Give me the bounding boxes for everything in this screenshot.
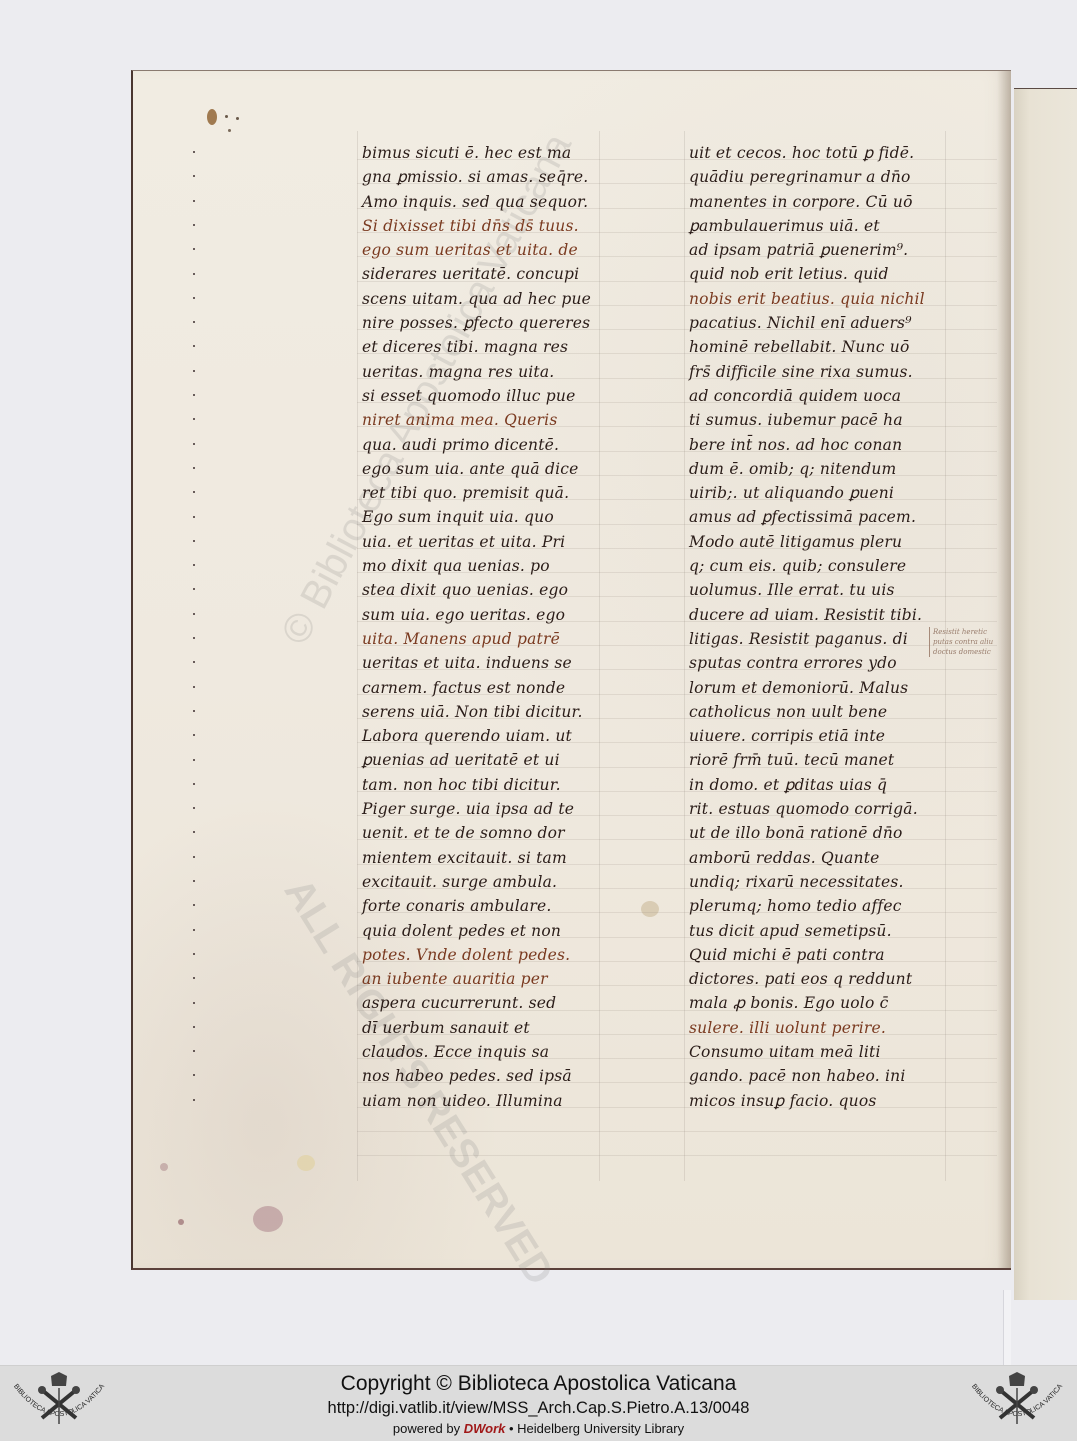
manuscript-line: bere int̄ nos. ad hoc conan — [689, 433, 959, 457]
facing-page-edge — [1014, 88, 1077, 1300]
manuscript-scan: © Biblioteca Apostolica Vaticana ALL RIG… — [0, 0, 1077, 1365]
pricking-mark — [193, 491, 195, 493]
manuscript-line: micos insuꝑ facio. quos — [689, 1089, 959, 1113]
vatican-library-seal-icon: BIBLIOTECA APOSTOLICA VATICANA — [962, 1370, 1072, 1438]
manuscript-line: dum ē. omib; q; nitendum — [689, 457, 959, 481]
text-column-left: bimus sicuti ē. hec est magna ꝑmissio. s… — [362, 141, 612, 1113]
pricking-mark — [193, 394, 195, 396]
manuscript-line: sulere. illi uolunt perire. — [689, 1016, 959, 1040]
ink-speck — [228, 129, 231, 132]
manuscript-line: Labora querendo uiam. ut — [362, 724, 612, 748]
purple-stain — [178, 1219, 184, 1225]
manuscript-line: scens uitam. qua ad hec pue — [362, 287, 612, 311]
manuscript-line: ut de illo bonā rationē dn̄o — [689, 821, 959, 845]
manuscript-line: hominē rebellabit. Nunc uō — [689, 335, 959, 359]
manuscript-line: ueritas et uita. induens se — [362, 651, 612, 675]
manuscript-line: uiam non uideo. Illumina — [362, 1089, 612, 1113]
manuscript-line: qua. audi primo dicentē. — [362, 433, 612, 457]
manuscript-line: sum uia. ego ueritas. ego — [362, 603, 612, 627]
pricking-mark — [193, 516, 195, 518]
pricking-mark — [193, 904, 195, 906]
pricking-mark — [193, 637, 195, 639]
permalink-url[interactable]: http://digi.vatlib.it/view/MSS_Arch.Cap.… — [0, 1399, 1077, 1418]
manuscript-line: Consumo uitam meā liti — [689, 1040, 959, 1064]
pricking-mark — [193, 443, 195, 445]
pricking-mark — [193, 977, 195, 979]
manuscript-line: mala ꝓ bonis. Ego uolo c̄ — [689, 991, 959, 1015]
copyright-footer: BIBLIOTECA APOSTOLICA VATICANA Copyright… — [0, 1365, 1077, 1441]
pricking-mark — [193, 1002, 195, 1004]
pricking-mark — [193, 370, 195, 372]
ink-stain — [207, 109, 217, 125]
pricking-mark — [193, 418, 195, 420]
pricking-mark — [193, 248, 195, 250]
marginal-note-line: Resistit heretic — [933, 627, 1009, 637]
manuscript-line: Quid michi ē pati contra — [689, 943, 959, 967]
powered-by-line: powered by DWork • Heidelberg University… — [0, 1421, 1077, 1436]
manuscript-line: aspera cucurrerunt. sed — [362, 991, 612, 1015]
manuscript-line: litigas. Resistit paganus. di — [689, 627, 959, 651]
backing-sheet — [1003, 1290, 1011, 1365]
manuscript-line: uita. Manens apud patrē — [362, 627, 612, 651]
manuscript-line: gna ꝑmissio. si amas. seq̄re. — [362, 165, 612, 189]
ink-speck — [225, 115, 228, 118]
purple-stain — [253, 1206, 283, 1232]
pricking-mark — [193, 564, 195, 566]
pricking-mark — [193, 734, 195, 736]
dwork-brand: DWork — [464, 1421, 506, 1436]
ink-speck — [236, 117, 239, 120]
pricking-mark — [193, 953, 195, 955]
manuscript-line: undiq; rixarū necessitates. — [689, 870, 959, 894]
manuscript-line: ad ipsam patriā ꝑuenerim⁹. — [689, 238, 959, 262]
manuscript-line: ueritas. magna res uita. — [362, 360, 612, 384]
pricking-mark — [193, 661, 195, 663]
manuscript-line: potes. Vnde dolent pedes. — [362, 943, 612, 967]
manuscript-line: plerumq; homo tedio affec — [689, 894, 959, 918]
manuscript-line: pacatius. Nichil enī aduers⁹ — [689, 311, 959, 335]
manuscript-line: quid nob erit letius. quid — [689, 262, 959, 286]
pricking-mark — [193, 783, 195, 785]
pricking-mark — [193, 759, 195, 761]
pricking-mark — [193, 297, 195, 299]
ruling-line — [357, 1155, 997, 1156]
manuscript-line: frs̄ difficile sine rixa sumus. — [689, 360, 959, 384]
manuscript-line: Ego sum inquit uia. quo — [362, 505, 612, 529]
manuscript-line: dictores. pati eos q reddunt — [689, 967, 959, 991]
heidelberg-credit: • Heidelberg University Library — [505, 1421, 684, 1436]
copyright-notice: Copyright © Biblioteca Apostolica Vatica… — [0, 1372, 1077, 1396]
manuscript-line: niret anima mea. Queris — [362, 408, 612, 432]
manuscript-line: mientem excitauit. si tam — [362, 846, 612, 870]
manuscript-line: tus dicit apud semetipsū. — [689, 919, 959, 943]
manuscript-line: uenit. et te de somno dor — [362, 821, 612, 845]
manuscript-line: ducere ad uiam. Resistit tibi. — [689, 603, 959, 627]
marginal-annotation: Resistit heretic putas contra aliu doctu… — [929, 627, 1009, 657]
pricking-mark — [193, 273, 195, 275]
manuscript-line: Piger surge. uia ipsa ad te — [362, 797, 612, 821]
pricking-mark — [193, 710, 195, 712]
manuscript-line: claudos. Ecce inquis sa — [362, 1040, 612, 1064]
manuscript-line: forte conaris ambulare. — [362, 894, 612, 918]
pricking-mark — [193, 831, 195, 833]
manuscript-line: carnem. factus est nonde — [362, 676, 612, 700]
pricking-mark — [193, 686, 195, 688]
pricking-mark — [193, 613, 195, 615]
manuscript-line: ego sum uia. ante quā dice — [362, 457, 612, 481]
manuscript-line: amborū reddas. Quante — [689, 846, 959, 870]
manuscript-line: gando. pacē non habeo. ini — [689, 1064, 959, 1088]
gutter-shadow — [997, 71, 1011, 1268]
pricking-mark — [193, 345, 195, 347]
purple-stain — [160, 1163, 168, 1171]
pricking-mark — [193, 175, 195, 177]
marginal-note-line: putas contra aliu — [933, 637, 1009, 647]
pricking-mark — [193, 1026, 195, 1028]
pricking-mark — [193, 1074, 195, 1076]
manuscript-line: tam. non hoc tibi dicitur. — [362, 773, 612, 797]
manuscript-line: an iubente auaritia per — [362, 967, 612, 991]
manuscript-line: lorum et demoniorū. Malus — [689, 676, 959, 700]
manuscript-line: ad concordiā quidem uoca — [689, 384, 959, 408]
manuscript-line: uirib;. ut aliquando ꝑueni — [689, 481, 959, 505]
pricking-mark — [193, 467, 195, 469]
ruling-line — [357, 1131, 997, 1132]
ruling-line-vertical — [684, 131, 685, 1181]
pricking-mark — [193, 588, 195, 590]
manuscript-folio: © Biblioteca Apostolica Vaticana ALL RIG… — [131, 70, 1011, 1270]
manuscript-line: stea dixit quo uenias. ego — [362, 578, 612, 602]
manuscript-line: uiuere. corripis etiā inte — [689, 724, 959, 748]
manuscript-line: siderares ueritatē. concupi — [362, 262, 612, 286]
manuscript-line: q; cum eis. quib; consulere — [689, 554, 959, 578]
manuscript-line: nobis erit beatius. quia nichil — [689, 287, 959, 311]
pricking-mark — [193, 880, 195, 882]
manuscript-line: ti sumus. iubemur pacē ha — [689, 408, 959, 432]
manuscript-line: Modo autē litigamus pleru — [689, 530, 959, 554]
manuscript-line: bimus sicuti ē. hec est ma — [362, 141, 612, 165]
manuscript-line: dī uerbum sanauit et — [362, 1016, 612, 1040]
manuscript-line: riorē frm̄ tuū. tecū manet — [689, 748, 959, 772]
pricking-mark — [193, 807, 195, 809]
manuscript-line: uit et cecos. hoc totū ꝑ fidē. — [689, 141, 959, 165]
manuscript-line: excitauit. surge ambula. — [362, 870, 612, 894]
manuscript-line: manentes in corpore. Cū uō — [689, 190, 959, 214]
manuscript-line: Amo inquis. sed qua sequor. — [362, 190, 612, 214]
pricking-mark — [193, 1099, 195, 1101]
manuscript-line: rit. estuas quomodo corrigā. — [689, 797, 959, 821]
pricking-mark — [193, 540, 195, 542]
manuscript-line: amus ad ꝑfectissimā pacem. — [689, 505, 959, 529]
pricking-mark — [193, 929, 195, 931]
manuscript-line: sputas contra errores ydo — [689, 651, 959, 675]
manuscript-line: ego sum ueritas et uita. de — [362, 238, 612, 262]
pricking-mark — [193, 321, 195, 323]
pricking-mark — [193, 1050, 195, 1052]
manuscript-line: catholicus non uult bene — [689, 700, 959, 724]
manuscript-line: et diceres tibi. magna res — [362, 335, 612, 359]
manuscript-line: uolumus. Ille errat. tu uis — [689, 578, 959, 602]
manuscript-line: serens uiā. Non tibi dicitur. — [362, 700, 612, 724]
water-stain — [641, 901, 659, 917]
pricking-mark — [193, 224, 195, 226]
manuscript-line: si esset quomodo illuc pue — [362, 384, 612, 408]
manuscript-line: in domo. et ꝑditas uias q̄ — [689, 773, 959, 797]
ruling-line-vertical — [357, 131, 358, 1181]
manuscript-line: ꝑambulauerimus uiā. et — [689, 214, 959, 238]
manuscript-line: quādiu peregrinamur a dn̄o — [689, 165, 959, 189]
yellow-stain — [297, 1155, 315, 1171]
manuscript-line: nos habeo pedes. sed ipsā — [362, 1064, 612, 1088]
manuscript-line: mo dixit qua uenias. po — [362, 554, 612, 578]
manuscript-line: Si dixisset tibi dn̄s ds̄ tuus. — [362, 214, 612, 238]
pricking-mark — [193, 856, 195, 858]
manuscript-line: ꝑuenias ad ueritatē et ui — [362, 748, 612, 772]
marginal-note-line: doctus domestic — [933, 647, 1009, 657]
pricking-mark — [193, 200, 195, 202]
manuscript-line: uia. et ueritas et uita. Pri — [362, 530, 612, 554]
manuscript-line: nire posses. ꝑfecto quereres — [362, 311, 612, 335]
manuscript-line: ret tibi quo. premisit quā. — [362, 481, 612, 505]
manuscript-line: quia dolent pedes et non — [362, 919, 612, 943]
powered-by-prefix: powered by — [393, 1421, 464, 1436]
text-column-right: uit et cecos. hoc totū ꝑ fidē.quādiu per… — [689, 141, 959, 1113]
pricking-mark — [193, 151, 195, 153]
